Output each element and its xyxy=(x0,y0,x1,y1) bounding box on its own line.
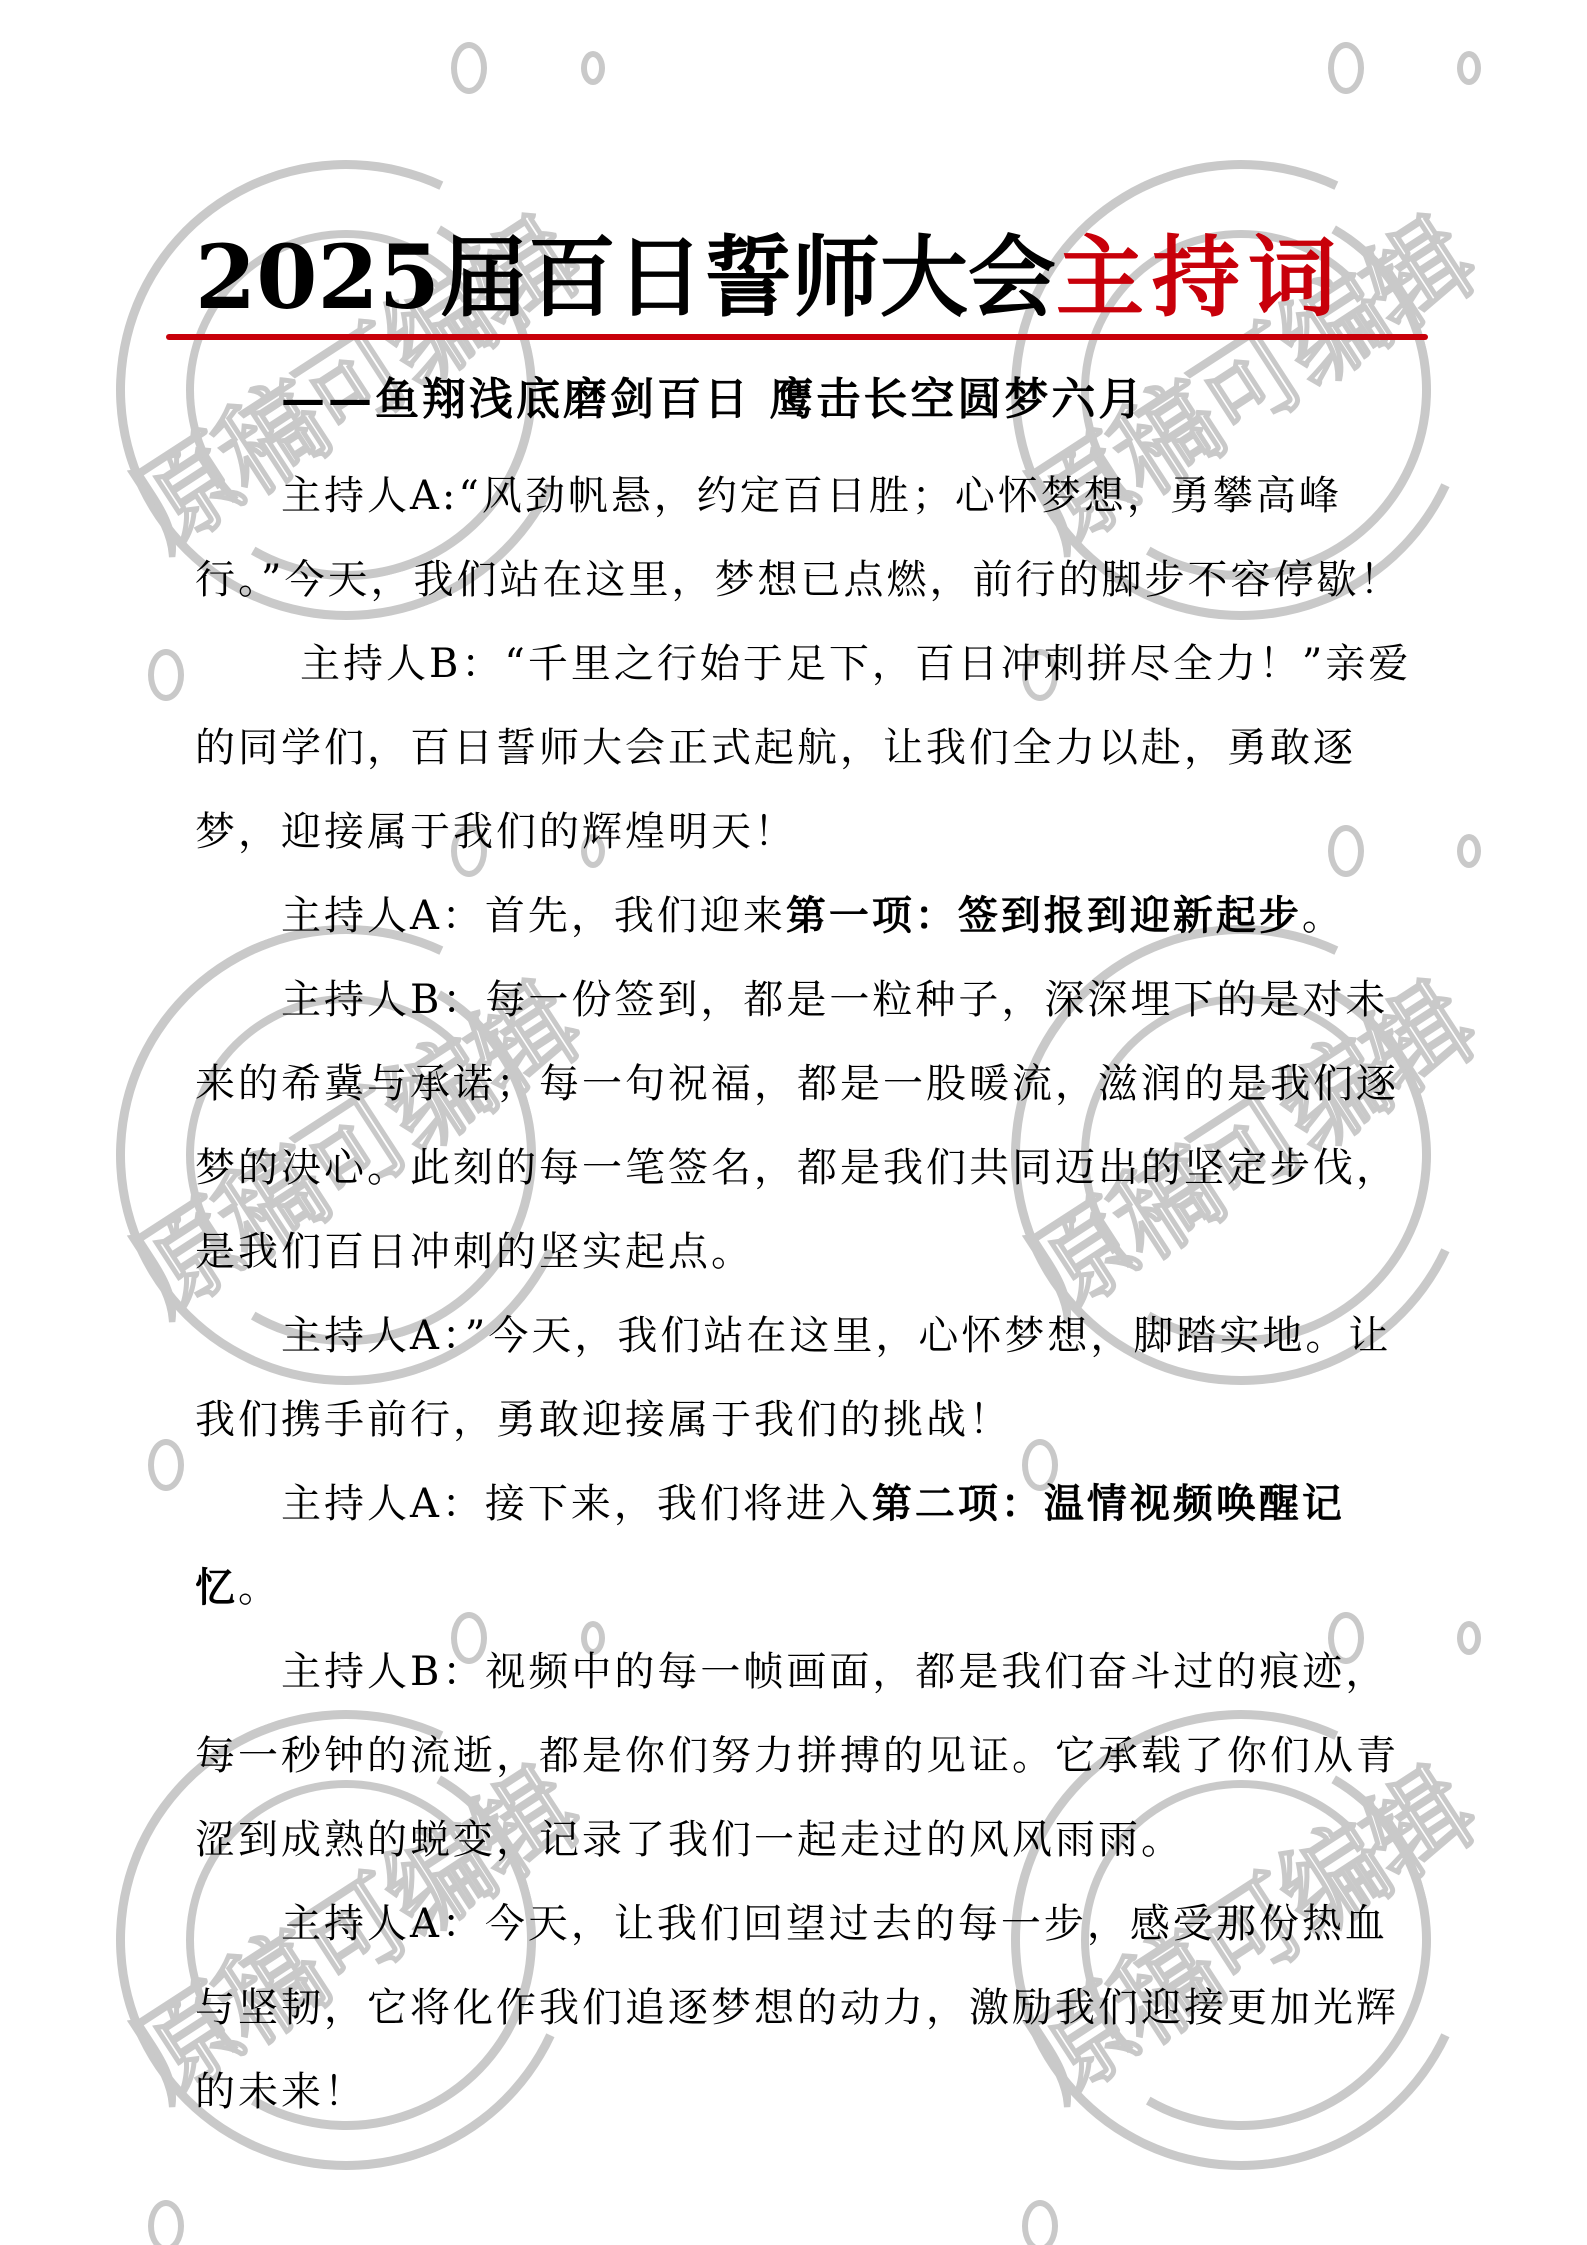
speaker-label: 主持人B： xyxy=(281,977,485,1023)
speaker-label: 主持人A： xyxy=(281,1481,485,1527)
paragraph: 主持人B：每一份签到，都是一粒种子，深深埋下的是对未来的希冀与承诺；每一句祝福，… xyxy=(195,958,1425,1294)
agenda-item-highlight: 第一项：签到报到迎新起步 xyxy=(786,892,1302,939)
paragraph: 主持人A：接下来，我们将进入第二项：温情视频唤醒记忆。 xyxy=(195,1462,1425,1630)
speaker-label: 主持人A： xyxy=(281,893,485,939)
speaker-label: 主持人A: xyxy=(281,473,458,519)
speaker-label: 主持人B： xyxy=(300,641,504,687)
title-main: 2025届百日誓师大会 xyxy=(195,225,1056,329)
page-subtitle: ——鱼翔浅底磨剑百日 鹰击长空圆梦六月 xyxy=(281,370,1145,430)
paragraph-text: 接下来，我们将进入 xyxy=(485,1481,872,1527)
paragraph: 主持人A:“风劲帆悬，约定百日胜；心怀梦想，勇攀高峰行。”今天，我们站在这里，梦… xyxy=(195,454,1425,622)
title-accent: 主持词 xyxy=(1056,225,1344,329)
paragraph-tail: 。 xyxy=(1302,893,1345,939)
speaker-label: 主持人A： xyxy=(281,1901,485,1947)
paragraph-text: 首先，我们迎来 xyxy=(485,893,786,939)
document-page: 2025届百日誓师大会主持词 ——鱼翔浅底磨剑百日 鹰击长空圆梦六月 主持人A:… xyxy=(0,0,1587,2245)
page-title: 2025届百日誓师大会主持词 xyxy=(195,222,1425,332)
paragraph: 主持人A：首先，我们迎来第一项：签到报到迎新起步。 xyxy=(195,874,1425,958)
paragraph: 主持人A：”今天，我们站在这里，心怀梦想，脚踏实地。让我们携手前行，勇敢迎接属于… xyxy=(195,1294,1425,1462)
paragraph: 主持人A：今天，让我们回望过去的每一步，感受那份热血与坚韧，它将化作我们追逐梦想… xyxy=(195,1882,1425,2134)
title-divider xyxy=(166,334,1428,340)
paragraph: 主持人B：“千里之行始于足下，百日冲刺拼尽全力！”亲爱的同学们，百日誓师大会正式… xyxy=(195,622,1425,874)
paragraph-tail: 。 xyxy=(238,1565,281,1611)
speaker-label: 主持人A： xyxy=(281,1313,465,1359)
speaker-label: 主持人B： xyxy=(281,1649,485,1695)
paragraph: 主持人B：视频中的每一帧画面，都是我们奋斗过的痕迹，每一秒钟的流逝，都是你们努力… xyxy=(195,1630,1425,1882)
document-body: 主持人A:“风劲帆悬，约定百日胜；心怀梦想，勇攀高峰行。”今天，我们站在这里，梦… xyxy=(195,454,1425,2134)
